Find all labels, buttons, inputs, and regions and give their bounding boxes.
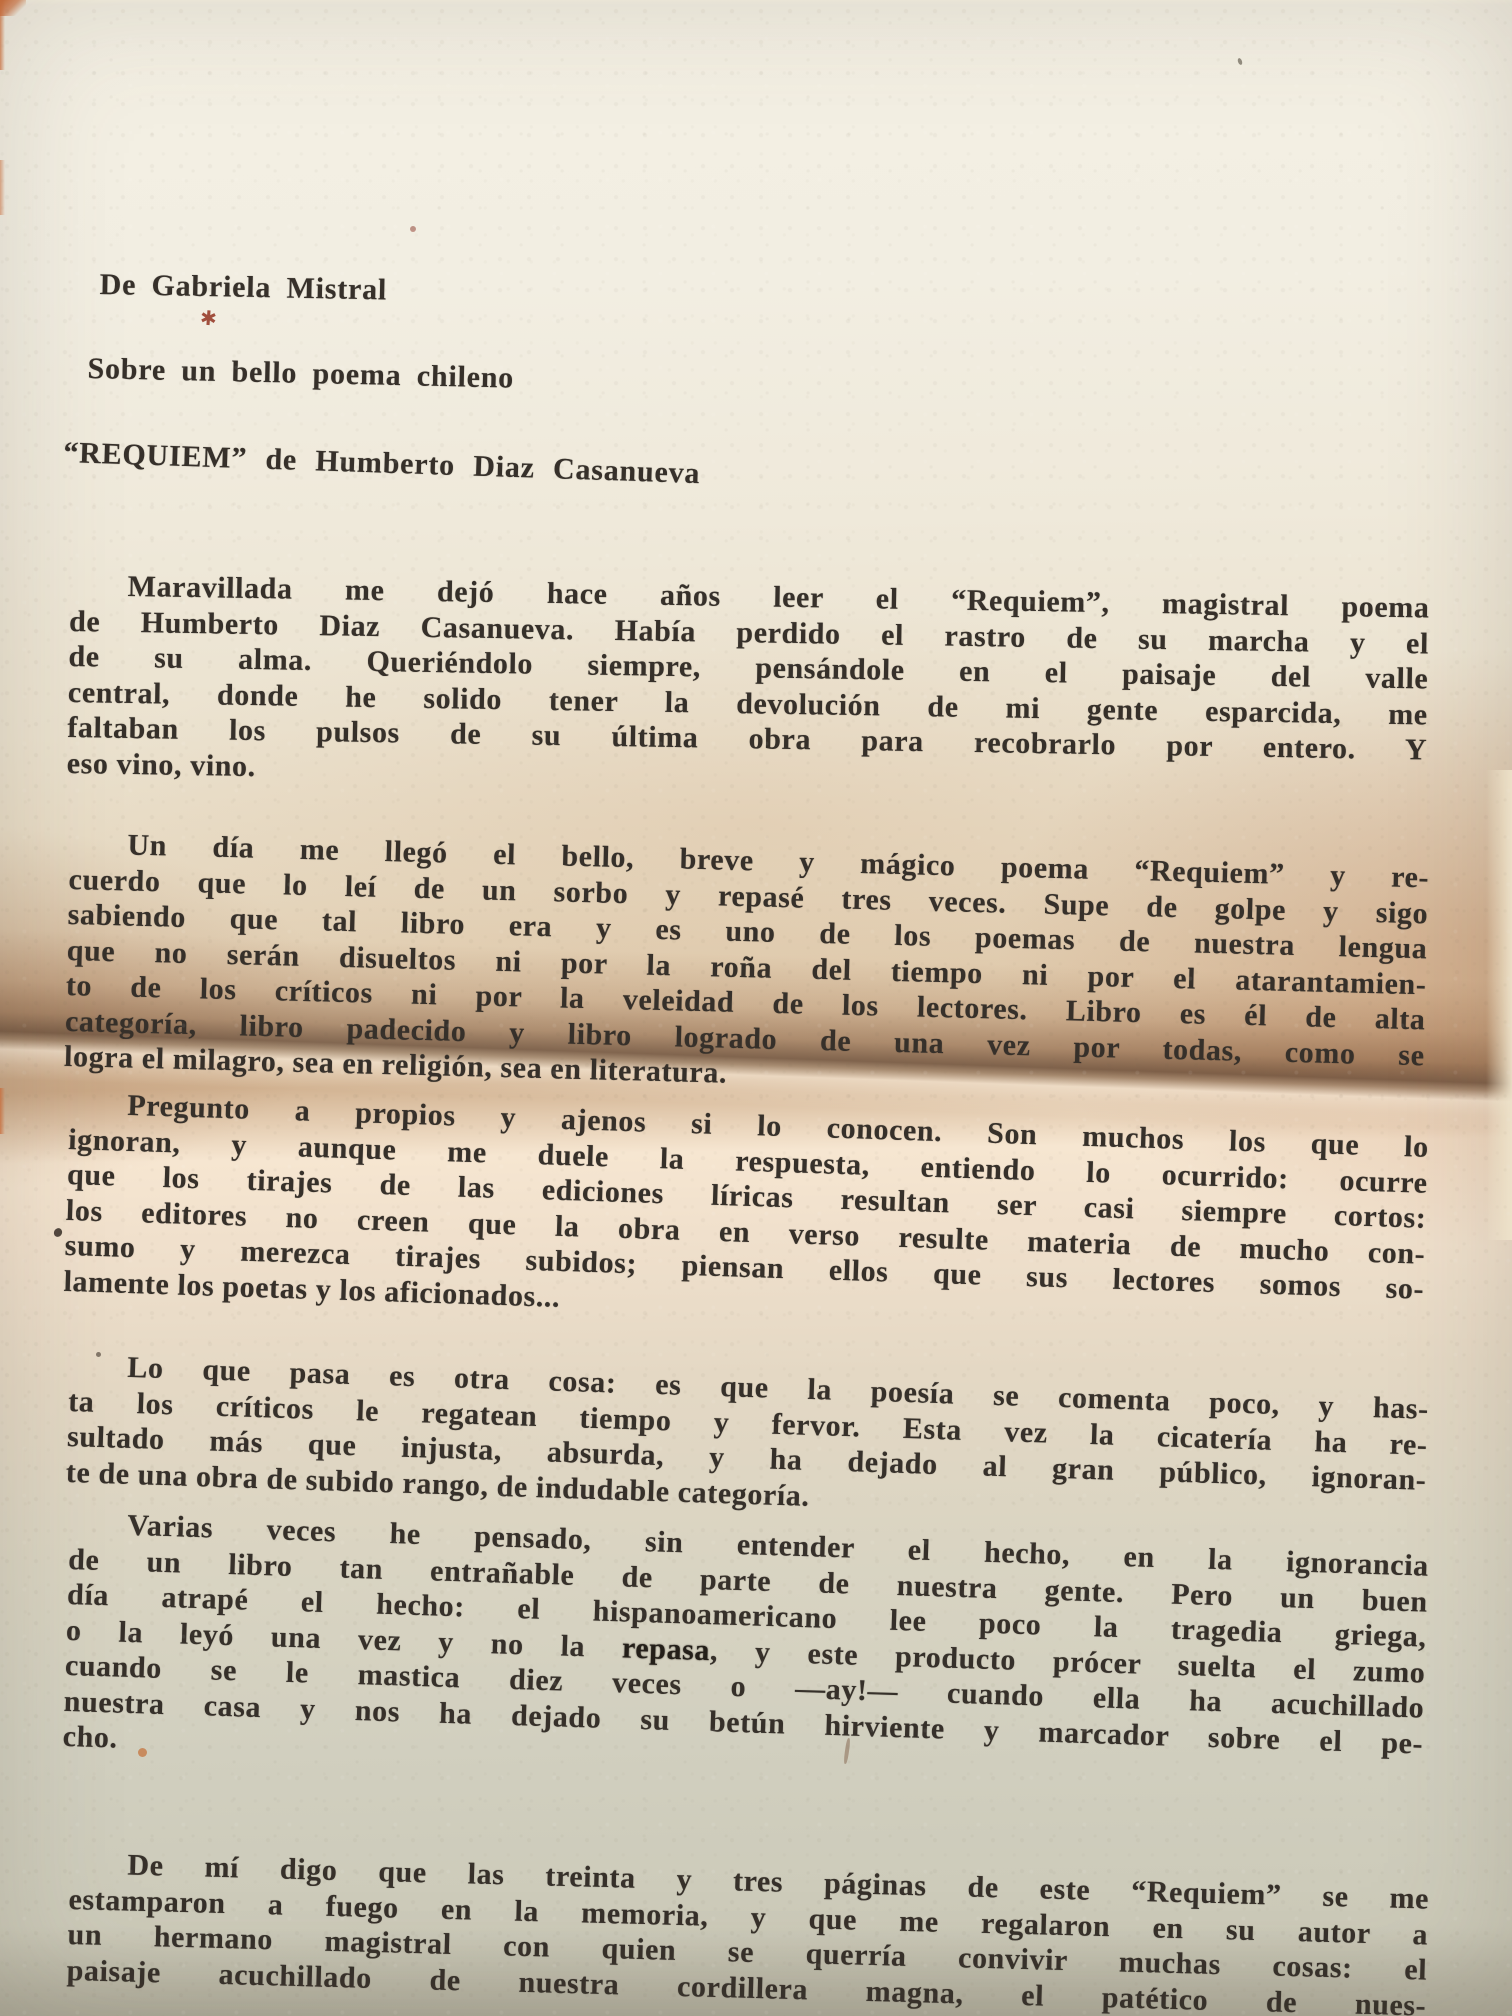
paragraph: Varias veces he pensado, sin entender el…	[62, 1506, 1429, 1797]
paragraph: Pregunto a propios y ajenos si lo conoce…	[63, 1086, 1429, 1343]
paragraph: Un día me llegó el bello, breve y mágico…	[64, 826, 1430, 1109]
paragraph: Maravillada me dejó hace años leer el “R…	[66, 568, 1429, 804]
paragraphs: Maravillada me dejó hace años leer el “R…	[0, 0, 1512, 2016]
paragraph: Lo que pasa es otra cosa: es que la poes…	[65, 1348, 1429, 1534]
document-photo: De Gabriela Mistral ✱ Sobre un bello poe…	[0, 0, 1512, 2016]
paragraph: De mí digo que las treinta y tres página…	[66, 1846, 1429, 2016]
